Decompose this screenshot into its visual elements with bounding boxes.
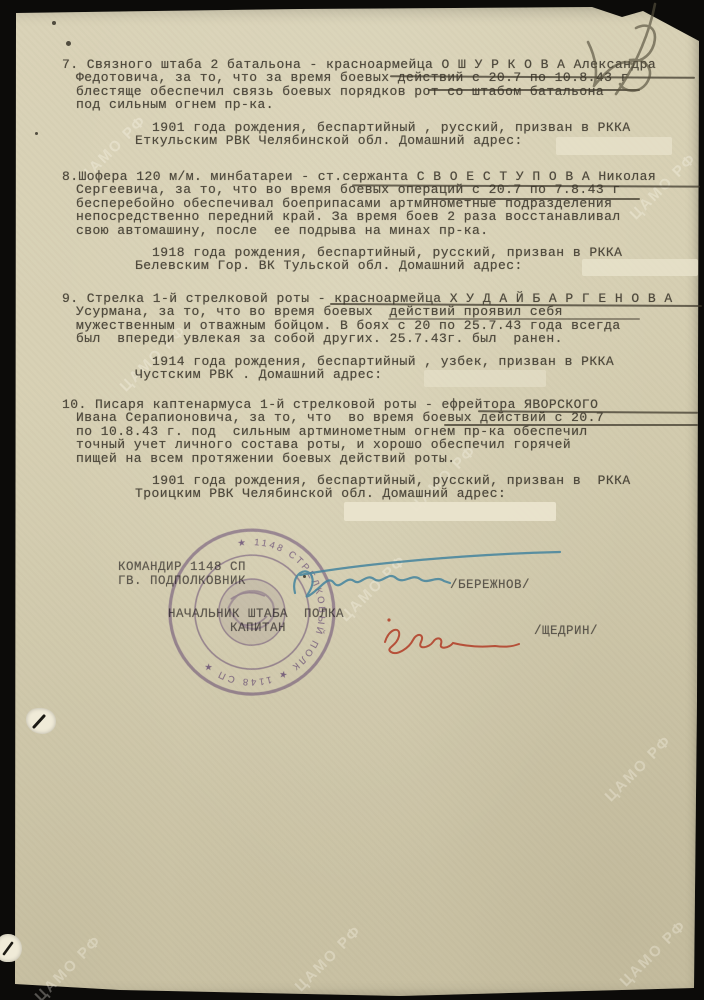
entry-bio-line: 1914 года рождения, беспартийный , узбек… <box>152 355 704 368</box>
entry-bio-line: 1901 года рождения, беспартийный , русск… <box>152 121 704 134</box>
underline-stroke <box>388 318 640 320</box>
entry-line: точный учет личного состава роты, и хоро… <box>76 438 704 451</box>
entry-line: 8.Шофера 120 м/м. минбатареи - ст.сержан… <box>62 170 704 183</box>
redaction-box <box>344 502 556 521</box>
entry-line: был впереди увлекая за собой других. 25.… <box>76 332 704 345</box>
paper-speck <box>52 21 56 25</box>
entry-line: непосредственно передний край. За время … <box>76 210 704 223</box>
entry-bio-line: 1918 года рождения, беспартийный, русски… <box>152 246 704 259</box>
paper-speck <box>35 132 38 135</box>
pencil-mark-145 <box>570 0 700 110</box>
entry-line: по 10.8.43 г. под сильным артминометным … <box>76 425 704 438</box>
award-entry-10: 10. Писаря каптенармуса 1-й стрелковой р… <box>62 398 704 501</box>
redaction-box <box>424 370 546 387</box>
entry-line: свою автомашину, после ее подрыва на мин… <box>76 224 704 237</box>
entry-bio-line: Чустским РВК . Домашний адрес: <box>135 368 704 381</box>
entry-bio-line: Троицким РВК Челябинской обл. Домашний а… <box>135 487 704 500</box>
entry-bio-line: 1901 года рождения, беспартийный, русски… <box>152 474 704 487</box>
paper-speck <box>66 41 71 46</box>
paper-hole <box>0 934 22 962</box>
chief-name: /ЩЕДРИН/ <box>534 624 598 638</box>
paper-hole <box>26 708 56 734</box>
commander-signature-ink <box>270 545 580 615</box>
entry-line: пищей на всем протяжении боевых действий… <box>76 452 704 465</box>
underline-stroke <box>444 424 698 426</box>
redaction-box <box>582 259 698 276</box>
entry-line: Усурмана, за то, что во время боевых дей… <box>76 305 704 318</box>
underline-stroke <box>424 198 640 200</box>
entry-line: Ивана Серапионовича, за то, что во время… <box>76 411 704 424</box>
paper-speck <box>303 575 306 578</box>
scanned-document-page: ЦАМО РФ ЦАМО РФ ЦАМО РФ ЦАМО РФ ЦАМО РФ … <box>0 0 704 1000</box>
entry-line: 10. Писаря каптенармуса 1-й стрелковой р… <box>62 398 704 411</box>
entry-line: мужественным и отважным бойцом. В боях с… <box>76 319 704 332</box>
chief-signature-ink <box>375 608 540 668</box>
redaction-box <box>556 137 672 155</box>
